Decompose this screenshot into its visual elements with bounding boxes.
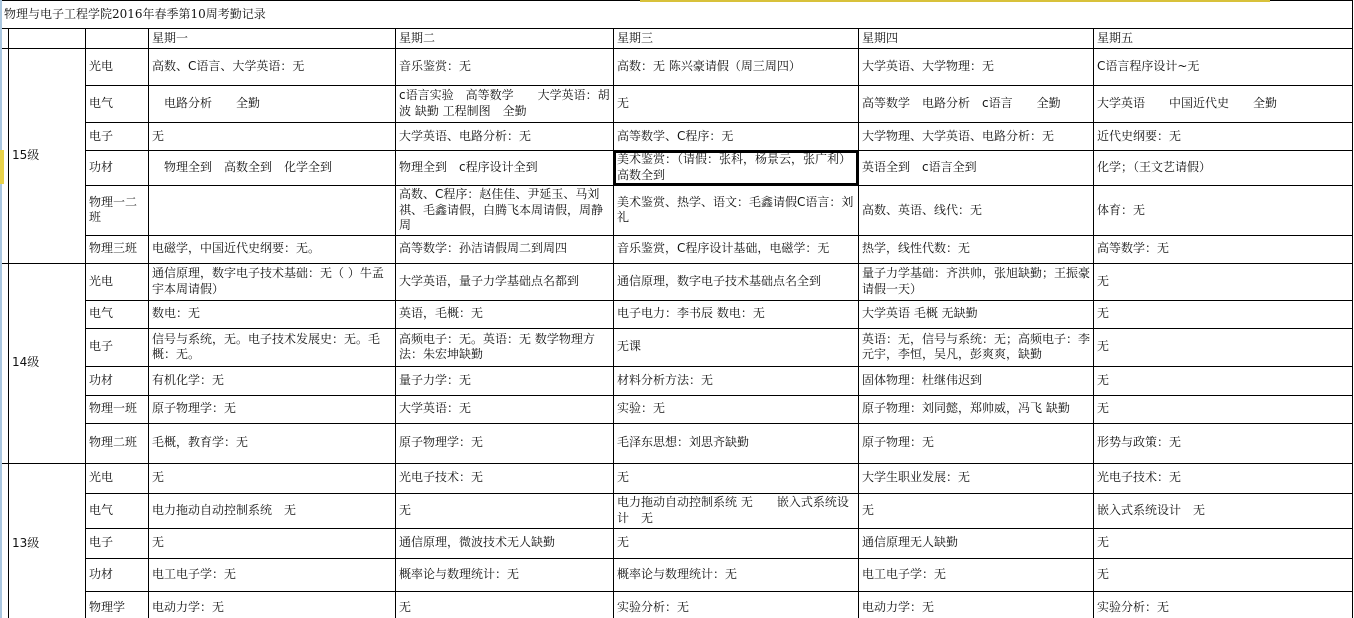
attendance-cell[interactable]: 材料分析方法：无 <box>614 366 859 395</box>
class-label[interactable]: 电气 <box>86 86 149 123</box>
attendance-cell[interactable]: 无 <box>1094 328 1353 366</box>
class-label[interactable]: 电气 <box>86 300 149 328</box>
attendance-cell[interactable]: 无 <box>149 528 396 558</box>
attendance-cell[interactable]: 高等数学：无 <box>1094 235 1353 263</box>
attendance-cell[interactable]: 体育：无 <box>1094 186 1353 236</box>
attendance-cell[interactable]: 无 <box>859 493 1094 528</box>
class-label[interactable]: 电子 <box>86 123 149 151</box>
attendance-cell[interactable]: 电磁学，中国近代史纲要：无。 <box>149 235 396 263</box>
attendance-cell[interactable]: 原子物理：无 <box>859 423 1094 463</box>
attendance-cell[interactable]: 无 <box>1094 263 1353 300</box>
attendance-cell[interactable]: 英语，毛概：无 <box>396 300 614 328</box>
attendance-cell[interactable]: 光电子技术：无 <box>396 463 614 493</box>
attendance-cell[interactable]: 音乐鉴赏，C程序设计基础，电磁学：无 <box>614 235 859 263</box>
left-edge-highlight <box>0 150 4 184</box>
day-header-4[interactable]: 星期四 <box>859 29 1094 49</box>
attendance-cell[interactable]: 高等数学 电路分析 c语言 全勤 <box>859 86 1094 123</box>
class-label[interactable]: 物理一班 <box>86 395 149 423</box>
attendance-cell[interactable]: 大学生职业发展：无 <box>859 463 1094 493</box>
attendance-cell[interactable]: 近代史纲要：无 <box>1094 123 1353 151</box>
attendance-cell[interactable]: 高等数学：孙洁请假周二到周四 <box>396 235 614 263</box>
class-label[interactable]: 电子 <box>86 328 149 366</box>
grade-label-13级[interactable]: 13级 <box>9 463 86 618</box>
class-label[interactable]: 电气 <box>86 493 149 528</box>
attendance-cell[interactable]: 物理全到 c程序设计全到 <box>396 151 614 186</box>
attendance-cell[interactable]: 音乐鉴赏：无 <box>396 49 614 86</box>
attendance-cell[interactable]: 大学物理、大学英语、电路分析：无 <box>859 123 1094 151</box>
attendance-cell[interactable]: 无 <box>149 463 396 493</box>
attendance-cell[interactable]: 物理全到 高数全到 化学全到 <box>149 151 396 186</box>
attendance-cell[interactable]: 电路分析 全勤 <box>149 86 396 123</box>
attendance-cell[interactable]: c语言实验 高等数学 大学英语：胡波 缺勤 工程制图 全勤 <box>396 86 614 123</box>
attendance-cell[interactable]: 光电子技术：无 <box>1094 463 1353 493</box>
attendance-cell[interactable]: 大学英语 中国近代史 全勤 <box>1094 86 1353 123</box>
class-label[interactable]: 物理学 <box>86 591 149 618</box>
attendance-cell[interactable]: 高数、英语、线代：无 <box>859 186 1094 236</box>
attendance-cell[interactable]: 英语：无，信号与系统：无；高频电子：李元宇，李恒，吴凡，彭爽爽，缺勤 <box>859 328 1094 366</box>
attendance-cell[interactable]: 无 <box>614 463 859 493</box>
day-header-1[interactable]: 星期一 <box>149 29 396 49</box>
attendance-cell[interactable]: 无 <box>1094 528 1353 558</box>
attendance-cell[interactable]: 高数、C语言、大学英语：无 <box>149 49 396 86</box>
attendance-cell[interactable]: 固体物理：杜继伟迟到 <box>859 366 1094 395</box>
class-label[interactable]: 光电 <box>86 49 149 86</box>
attendance-cell[interactable]: 热学，线性代数：无 <box>859 235 1094 263</box>
attendance-cell[interactable]: 数电：无 <box>149 300 396 328</box>
attendance-cell[interactable]: 电力拖动自动控制系统 无 嵌入式系统设计 无 <box>614 493 859 528</box>
attendance-cell[interactable]: 无 <box>396 591 614 618</box>
attendance-cell[interactable]: 量子力学：无 <box>396 366 614 395</box>
attendance-cell[interactable]: 通信原理无人缺勤 <box>859 528 1094 558</box>
class-label[interactable]: 光电 <box>86 263 149 300</box>
spreadsheet-view: 物理与电子工程学院2016年春季第10周考勤记录 星期一星期二星期三星期四星期五… <box>0 0 1354 618</box>
attendance-cell[interactable]: 化学；（王文艺请假） <box>1094 151 1353 186</box>
attendance-cell[interactable]: 电力拖动自动控制系统 无 <box>149 493 396 528</box>
class-label[interactable]: 物理一二班 <box>86 186 149 236</box>
attendance-cell[interactable]: 实验：无 <box>614 395 859 423</box>
class-header-cell[interactable] <box>86 29 149 49</box>
attendance-cell[interactable]: C语言程序设计~无 <box>1094 49 1353 86</box>
attendance-cell[interactable]: 大学英语、电路分析：无 <box>396 123 614 151</box>
attendance-cell[interactable]: 概率论与数理统计：无 <box>396 558 614 591</box>
attendance-cell[interactable]: 大学英语、大学物理：无 <box>859 49 1094 86</box>
attendance-cell[interactable]: 无 <box>614 86 859 123</box>
attendance-cell[interactable] <box>149 186 396 236</box>
attendance-cell[interactable]: 高数：无 陈兴豪请假（周三周四） <box>614 49 859 86</box>
attendance-cell[interactable]: 大学英语，量子力学基础点名都到 <box>396 263 614 300</box>
attendance-cell[interactable]: 量子力学基础：齐洪帅，张旭缺勤；王振豪请假一天） <box>859 263 1094 300</box>
attendance-cell[interactable]: 高频电子：无。英语：无 数学物理方法：朱宏坤缺勤 <box>396 328 614 366</box>
attendance-cell[interactable]: 无 <box>1094 395 1353 423</box>
attendance-cell[interactable]: 原子物理学：无 <box>396 423 614 463</box>
class-label[interactable]: 光电 <box>86 463 149 493</box>
attendance-cell[interactable]: 电动力学：无 <box>859 591 1094 618</box>
attendance-cell[interactable]: 无 <box>1094 366 1353 395</box>
attendance-cell[interactable]: 大学英语：无 <box>396 395 614 423</box>
attendance-cell[interactable]: 有机化学：无 <box>149 366 396 395</box>
attendance-cell[interactable]: 实验分析：无 <box>614 591 859 618</box>
attendance-cell[interactable]: 无 <box>1094 558 1353 591</box>
attendance-table: 物理与电子工程学院2016年春季第10周考勤记录 星期一星期二星期三星期四星期五… <box>0 0 1353 618</box>
day-header-5[interactable]: 星期五 <box>1094 29 1353 49</box>
class-label[interactable]: 物理三班 <box>86 235 149 263</box>
top-edge-highlight <box>640 0 1270 2</box>
class-label[interactable]: 电子 <box>86 528 149 558</box>
attendance-cell[interactable]: 嵌入式系统设计 无 <box>1094 493 1353 528</box>
grade-label-14级[interactable]: 14级 <box>9 263 86 463</box>
attendance-cell[interactable]: 无 <box>1094 300 1353 328</box>
grade-header-cell[interactable] <box>9 29 86 49</box>
attendance-cell[interactable]: 通信原理，微波技术无人缺勤 <box>396 528 614 558</box>
attendance-cell-selected[interactable]: 美术鉴赏：（请假：张科，杨景云，张广利）高数全到 <box>614 151 859 186</box>
attendance-cell[interactable]: 电动力学：无 <box>149 591 396 618</box>
attendance-cell[interactable]: 无 <box>149 123 396 151</box>
grade-label-15级[interactable]: 15级 <box>9 49 86 264</box>
attendance-cell[interactable]: 英语全到 c语言全到 <box>859 151 1094 186</box>
left-edge-line <box>0 0 2 618</box>
attendance-cell[interactable]: 毛泽东思想：刘思齐缺勤 <box>614 423 859 463</box>
attendance-cell[interactable]: 大学英语 毛概 无缺勤 <box>859 300 1094 328</box>
attendance-cell[interactable]: 通信原理，数字电子技术基础点名全到 <box>614 263 859 300</box>
attendance-cell[interactable]: 毛概，教育学：无 <box>149 423 396 463</box>
page-title: 物理与电子工程学院2016年春季第10周考勤记录 <box>1 1 1353 29</box>
attendance-cell[interactable]: 实验分析：无 <box>1094 591 1353 618</box>
attendance-cell[interactable]: 高数、C程序：赵佳佳、尹延玉、马刘祺、毛鑫请假，白腾飞本周请假，周静周 <box>396 186 614 236</box>
class-label[interactable]: 功材 <box>86 366 149 395</box>
attendance-cell[interactable]: 信号与系统，无。电子技术发展史：无。毛概：无。 <box>149 328 396 366</box>
attendance-cell[interactable]: 无 <box>396 493 614 528</box>
attendance-cell[interactable]: 概率论与数理统计：无 <box>614 558 859 591</box>
attendance-cell[interactable]: 电工电子学：无 <box>149 558 396 591</box>
attendance-cell[interactable]: 无 <box>614 528 859 558</box>
day-header-2[interactable]: 星期二 <box>396 29 614 49</box>
attendance-cell[interactable]: 原子物理：刘同懿，郑帅威，冯飞 缺勤 <box>859 395 1094 423</box>
attendance-cell[interactable]: 美术鉴赏、热学、语文：毛鑫请假C语言：刘礼 <box>614 186 859 236</box>
class-label[interactable]: 功材 <box>86 151 149 186</box>
attendance-cell[interactable]: 通信原理，数字电子技术基础：无（ ）牛孟宇本周请假） <box>149 263 396 300</box>
class-label[interactable]: 物理二班 <box>86 423 149 463</box>
attendance-cell[interactable]: 电工电子学：无 <box>859 558 1094 591</box>
attendance-cell[interactable]: 原子物理学：无 <box>149 395 396 423</box>
attendance-cell[interactable]: 无课 <box>614 328 859 366</box>
attendance-cell[interactable]: 形势与政策：无 <box>1094 423 1353 463</box>
attendance-cell[interactable]: 电子电力：李书辰 数电：无 <box>614 300 859 328</box>
class-label[interactable]: 功材 <box>86 558 149 591</box>
day-header-3[interactable]: 星期三 <box>614 29 859 49</box>
attendance-cell[interactable]: 高等数学、C程序：无 <box>614 123 859 151</box>
